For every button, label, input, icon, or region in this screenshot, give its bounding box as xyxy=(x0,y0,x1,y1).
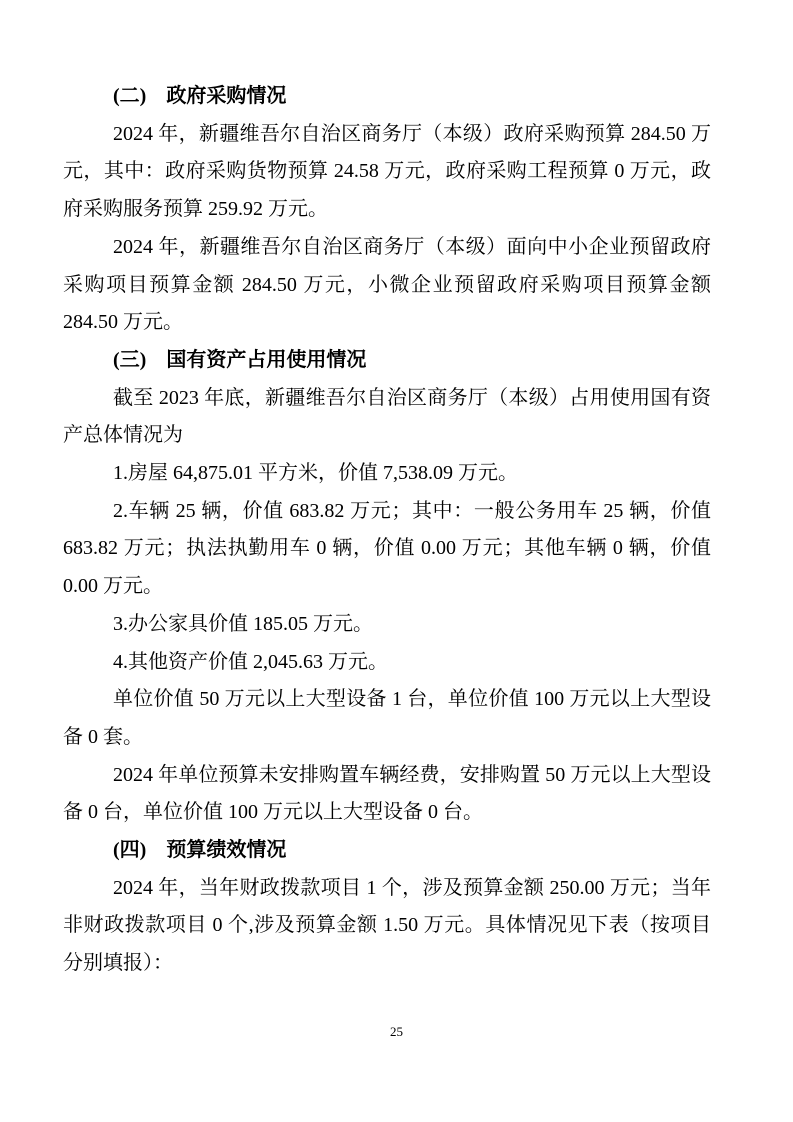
paragraph-item-other-assets: 4.其他资产价值 2,045.63 万元。 xyxy=(63,644,711,682)
paragraph-item-office-furniture: 3.办公家具价值 185.05 万元。 xyxy=(63,606,711,644)
section-heading-government-procurement: (二) 政府采购情况 xyxy=(63,78,711,116)
paragraph-procurement-budget: 2024 年，新疆维吾尔自治区商务厅（本级）政府采购预算 284.50 万元，其… xyxy=(63,116,711,229)
page-number: 25 xyxy=(0,1023,793,1041)
paragraph-state-assets-intro: 截至 2023 年底，新疆维吾尔自治区商务厅（本级）占用使用国有资产总体情况为 xyxy=(63,380,711,455)
paragraph-item-housing: 1.房屋 64,875.01 平方米，价值 7,538.09 万元。 xyxy=(63,455,711,493)
paragraph-sme-reserved-procurement: 2024 年，新疆维吾尔自治区商务厅（本级）面向中小企业预留政府采购项目预算金额… xyxy=(63,229,711,342)
paragraph-budget-performance: 2024 年，当年财政拨款项目 1 个，涉及预算金额 250.00 万元；当年非… xyxy=(63,870,711,983)
document-page: (二) 政府采购情况 2024 年，新疆维吾尔自治区商务厅（本级）政府采购预算 … xyxy=(0,0,793,1122)
section-heading-state-assets: (三) 国有资产占用使用情况 xyxy=(63,342,711,380)
document-content: (二) 政府采购情况 2024 年，新疆维吾尔自治区商务厅（本级）政府采购预算 … xyxy=(63,78,711,983)
paragraph-item-vehicles: 2.车辆 25 辆，价值 683.82 万元；其中：一般公务用车 25 辆，价值… xyxy=(63,493,711,606)
paragraph-large-equipment: 单位价值 50 万元以上大型设备 1 台，单位价值 100 万元以上大型设备 0… xyxy=(63,681,711,756)
section-heading-budget-performance: (四) 预算绩效情况 xyxy=(63,832,711,870)
paragraph-2024-purchase-plan: 2024 年单位预算未安排购置车辆经费，安排购置 50 万元以上大型设备 0 台… xyxy=(63,757,711,832)
